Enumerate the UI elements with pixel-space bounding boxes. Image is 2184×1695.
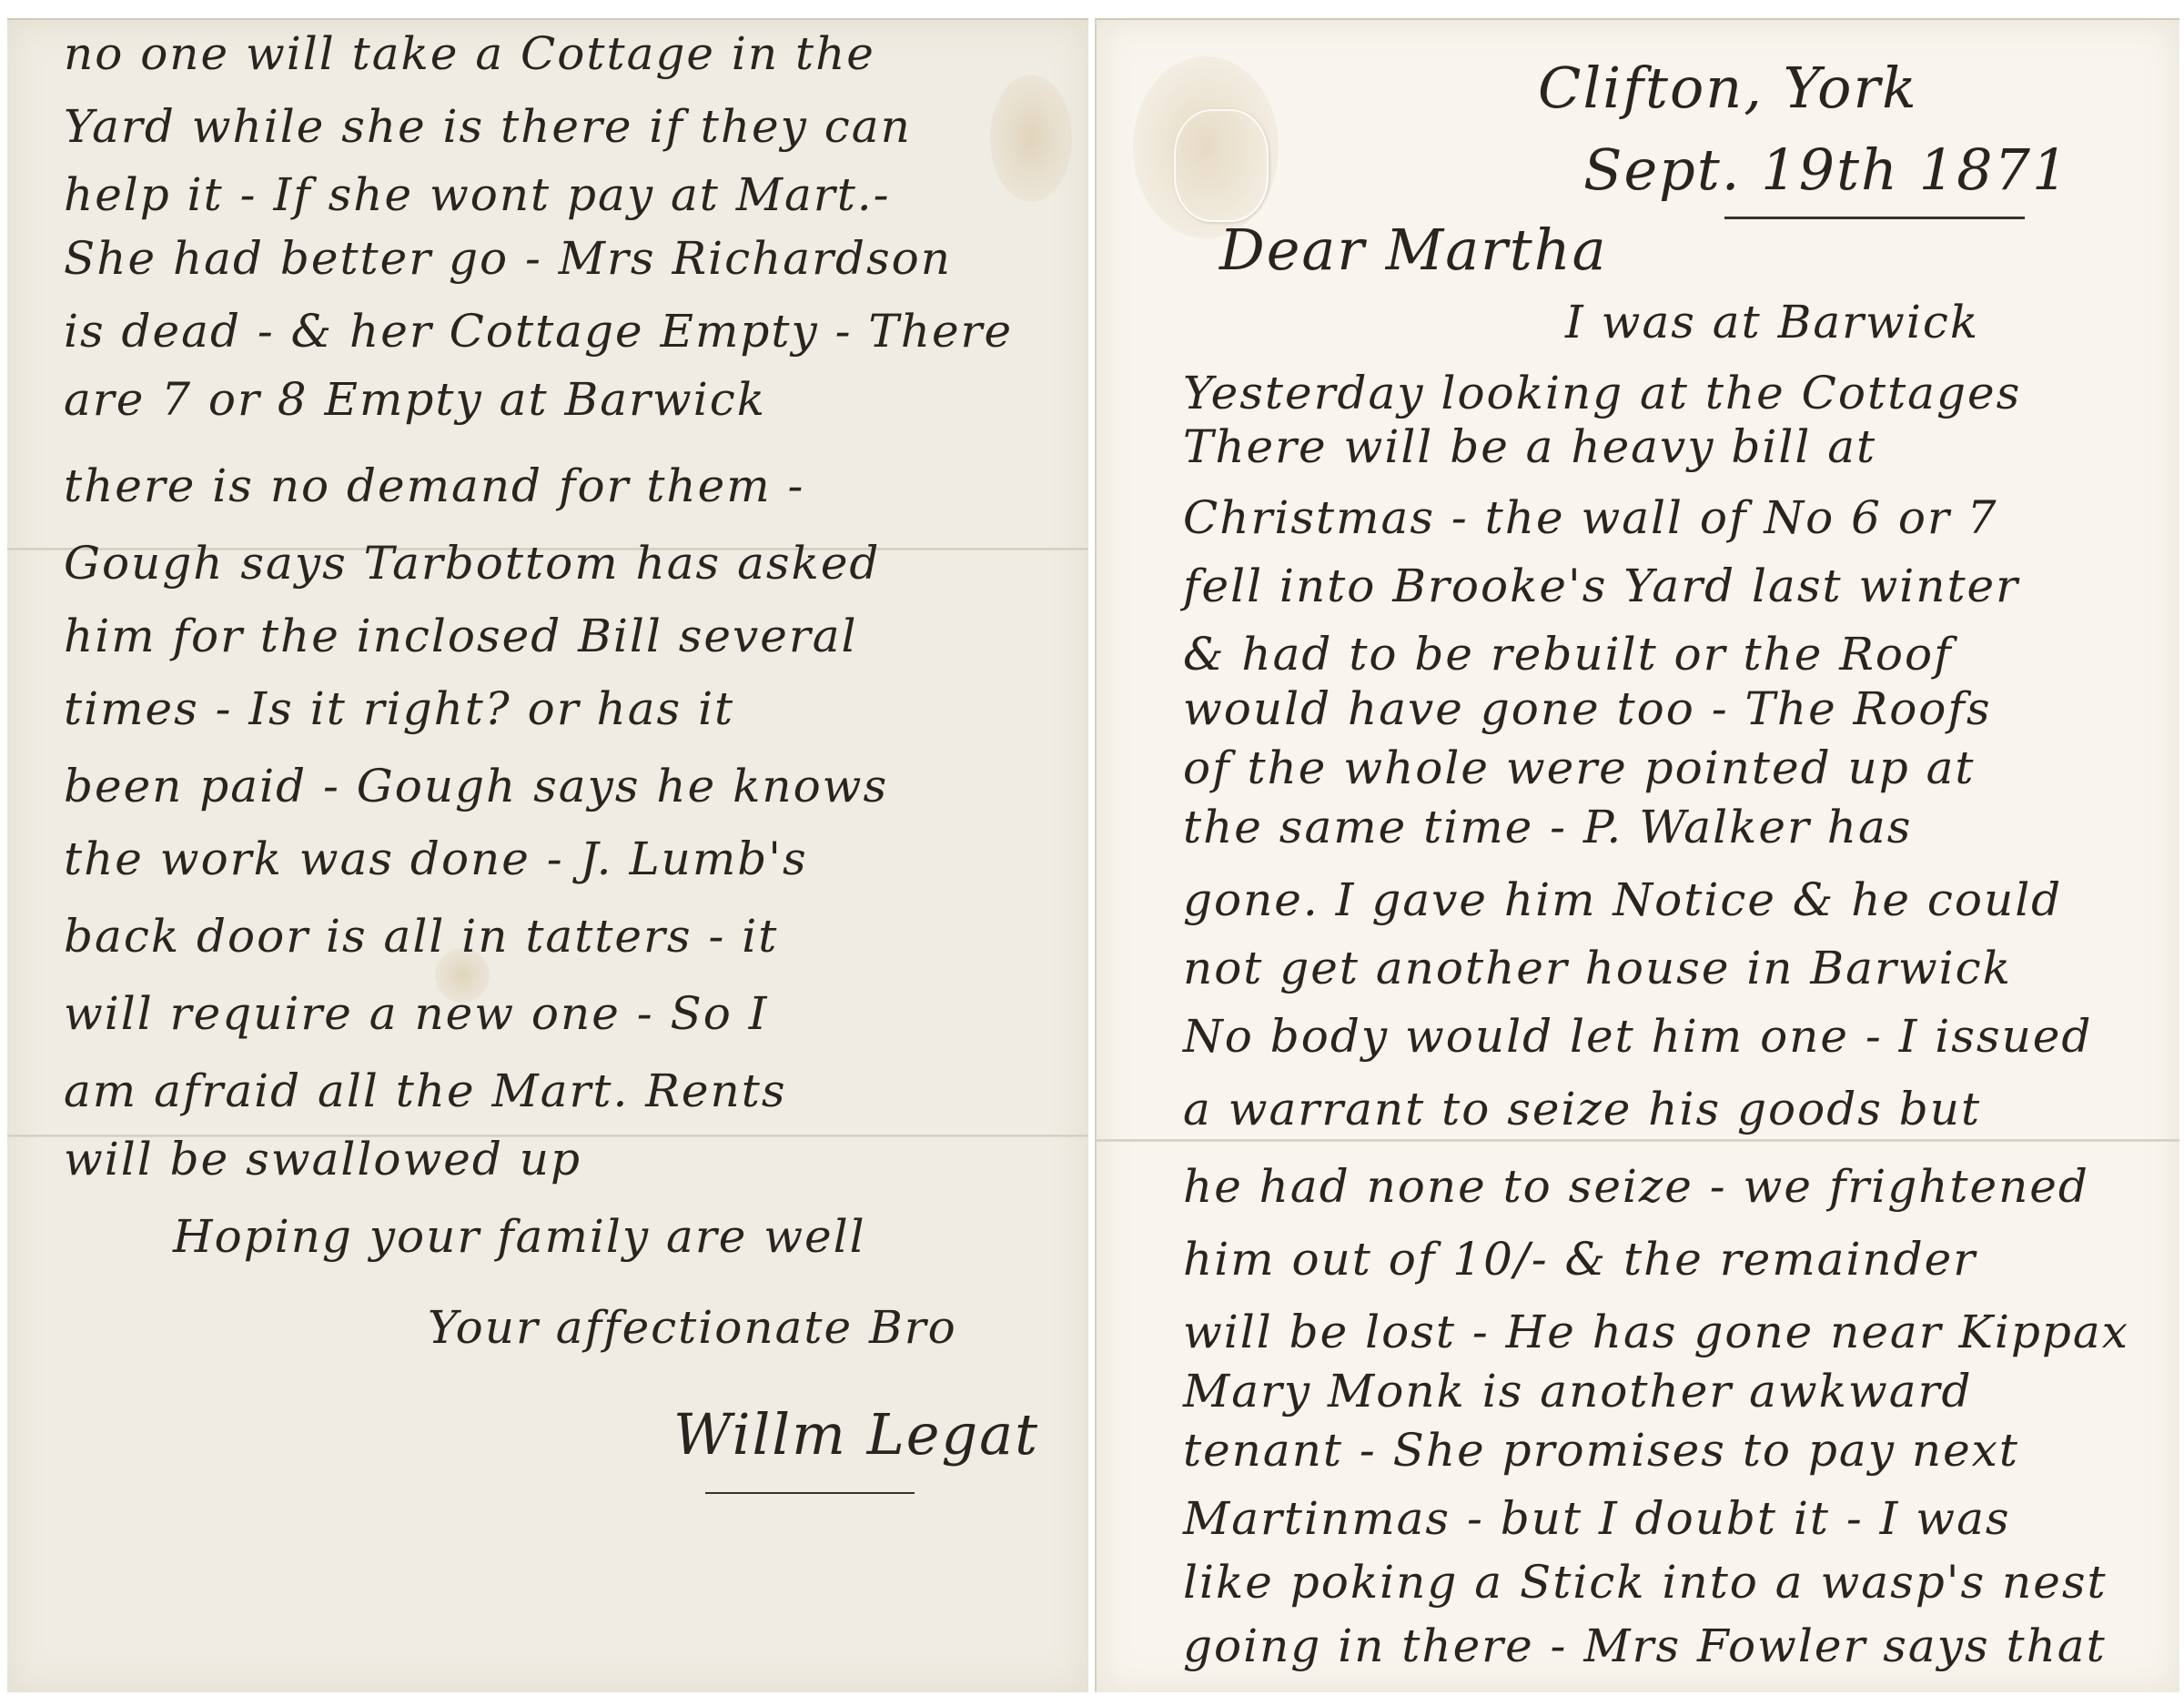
body-line: No body would let him one - I issued — [1183, 1010, 2092, 1063]
body-line: of the whole were pointed up at — [1183, 742, 1976, 794]
body-line: help it - If she wont pay at Mart.- — [64, 168, 891, 221]
date-underline — [1724, 217, 2025, 219]
body-line: There will be a heavy bill at — [1183, 420, 1876, 473]
body-line: am afraid all the Mart. Rents — [64, 1064, 786, 1117]
body-line: will require a new one - So I — [64, 987, 769, 1040]
body-line: there is no demand for them - — [64, 459, 804, 512]
body-line: like poking a Stick into a wasp's nest — [1183, 1556, 2108, 1609]
body-line: he had none to seize - we frightened — [1183, 1160, 2089, 1213]
body-line: She had better go - Mrs Richardson — [64, 232, 952, 285]
letter-address: Clifton, York — [1538, 55, 1918, 121]
body-line: will be lost - He has gone near Kippax — [1183, 1306, 2129, 1358]
body-line: him for the inclosed Bill several — [64, 610, 858, 662]
body-line: no one will take a Cottage in the — [64, 27, 875, 80]
embossed-seal — [1174, 109, 1269, 222]
body-line: & had to be rebuilt or the Roof — [1183, 628, 1953, 681]
body-line: Gough says Tarbottom has asked — [64, 537, 880, 590]
body-line: are 7 or 8 Empty at Barwick — [64, 373, 766, 426]
body-line: a warrant to seize his goods but — [1183, 1083, 1981, 1135]
body-line: Mary Monk is another awkward — [1183, 1365, 1973, 1418]
body-line: back door is all in tatters - it — [64, 910, 778, 963]
body-line: the work was done - J. Lumb's — [64, 832, 808, 885]
body-line: Martinmas - but I doubt it - I was — [1183, 1492, 2011, 1545]
body-line: him out of 10/- & the remainder — [1183, 1233, 1977, 1286]
paper-stain — [990, 75, 1072, 202]
body-line: tenant - She promises to pay next — [1183, 1424, 2019, 1477]
body-line: Yard while she is there if they can — [64, 100, 912, 153]
letter-salutation: Dear Martha — [1219, 217, 1608, 283]
body-line: the same time - P. Walker has — [1183, 801, 1912, 853]
fold-crease — [1097, 1139, 2179, 1142]
body-line: Christmas - the wall of No 6 or 7 — [1183, 491, 1998, 544]
body-line: would have gone too - The Roofs — [1183, 682, 1992, 735]
letter-signature: Willm Legat — [673, 1401, 1039, 1468]
body-line: will be swallowed up — [64, 1133, 581, 1185]
body-line: not get another house in Barwick — [1183, 942, 2012, 994]
body-line: been paid - Gough says he knows — [64, 760, 888, 812]
letter-closing: Hoping your family are well — [173, 1210, 866, 1263]
body-line: times - Is it right? or has it — [64, 682, 734, 735]
body-line: I was at Barwick — [1565, 296, 1979, 348]
body-line: gone. I gave him Notice & he could — [1183, 873, 2062, 926]
body-line: Yesterday looking at the Cottages — [1183, 367, 2021, 419]
body-line: is dead - & her Cottage Empty - There — [64, 305, 1013, 358]
body-line: going in there - Mrs Fowler says that — [1183, 1619, 2107, 1672]
letter-date: Sept. 19th 1871 — [1583, 136, 2069, 203]
letter-valediction: Your affectionate Bro — [428, 1301, 957, 1354]
signature-underline — [705, 1492, 915, 1494]
body-line: fell into Brooke's Yard last winter — [1183, 560, 2019, 612]
